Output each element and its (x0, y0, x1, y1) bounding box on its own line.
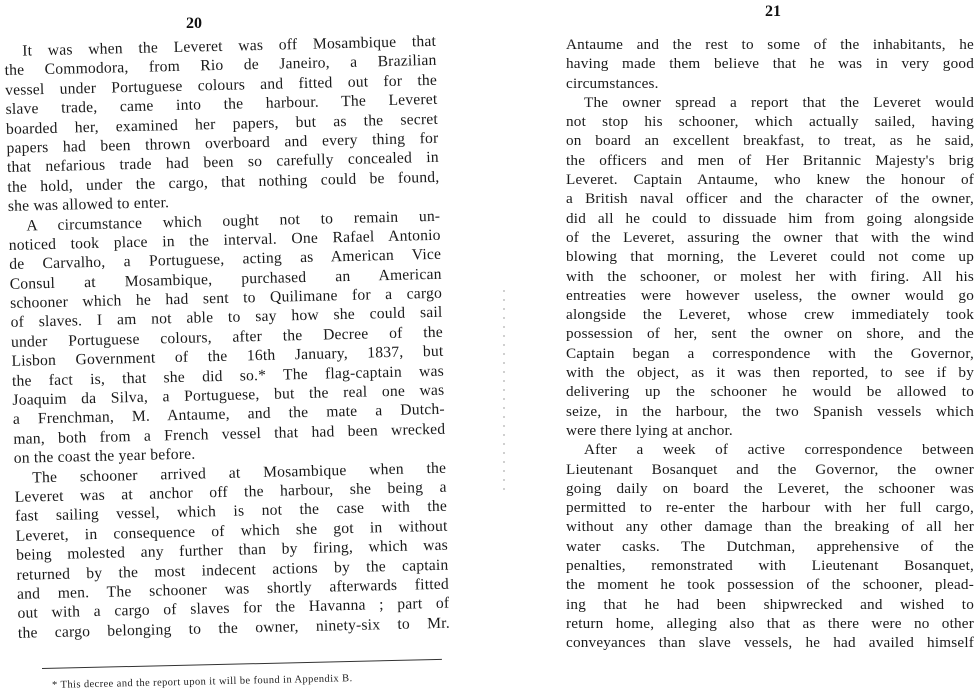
text-line: were there lying at anchor. (566, 421, 974, 440)
text-line: The owner spread a report that the Lever… (566, 93, 974, 112)
text-line: with the schooner, or molest her with fi… (566, 267, 974, 286)
footnote: * This decree and the report upon it wil… (52, 673, 353, 691)
text-line: going daily on board the Leveret, the sc… (566, 479, 974, 498)
text-line: After a week of active correspondence be… (566, 440, 974, 459)
text-line: return home, alleging also that as there… (566, 614, 974, 633)
page-number-left: 20 (186, 15, 202, 33)
text-line: seize, in the harbour, the two Spanish v… (566, 402, 974, 421)
text-line: not stop his schooner, which actually sa… (566, 112, 974, 131)
text-line: alongside the Leveret, whose crew immedi… (566, 305, 974, 324)
text-line: ing that he had been shipwrecked and wis… (566, 595, 974, 614)
text-line: Leveret. Captain Antaume, who knew the h… (566, 170, 974, 189)
text-line: the officers and men of Her Britannic Ma… (566, 151, 974, 170)
text-line: delivering up the schooner he would be a… (566, 382, 974, 401)
left-page-body: It was when the Leveret was off Mosambiq… (4, 32, 450, 643)
gutter-artifact (503, 290, 505, 490)
text-line: having made them believe that he was in … (566, 54, 974, 73)
text-line: Lieutenant Bosanquet and the Governor, t… (566, 460, 974, 479)
text-line: Antaume and the rest to some of the inha… (566, 35, 974, 54)
text-line: a British naval officer and the characte… (566, 189, 974, 208)
text-line: entreaties were however useless, the own… (566, 286, 974, 305)
text-line: without any other damage than the breaki… (566, 517, 974, 536)
text-line: possession of her, sent the owner on sho… (566, 324, 974, 343)
text-line: of the Leveret, assuring the owner that … (566, 228, 974, 247)
text-line: did all he could to dissuade him from go… (566, 209, 974, 228)
text-line: blowing that morning, the Leveret could … (566, 247, 974, 266)
right-page: 21 Antaume and the rest to some of the i… (550, 0, 980, 695)
text-line: on board an excellent breakfast, to trea… (566, 131, 974, 150)
text-line: with the object, as it was then reported… (566, 363, 974, 382)
text-line: Captain began a correspondence with the … (566, 344, 974, 363)
text-line: the moment he took possession of the sch… (566, 575, 974, 594)
text-line: conveyances than slave vessels, he had a… (566, 633, 974, 652)
text-line: circumstances. (566, 74, 974, 93)
text-line: permitted to re-enter the harbour with h… (566, 498, 974, 517)
footnote-divider (42, 659, 442, 669)
page-number-right: 21 (765, 3, 781, 21)
right-page-body: Antaume and the rest to some of the inha… (566, 35, 974, 653)
text-line: water casks. The Dutchman, apprehensive … (566, 537, 974, 556)
text-line: penalties, remonstrated with Lieutenant … (566, 556, 974, 575)
left-page: 20 It was when the Leveret was off Mosam… (0, 0, 470, 695)
